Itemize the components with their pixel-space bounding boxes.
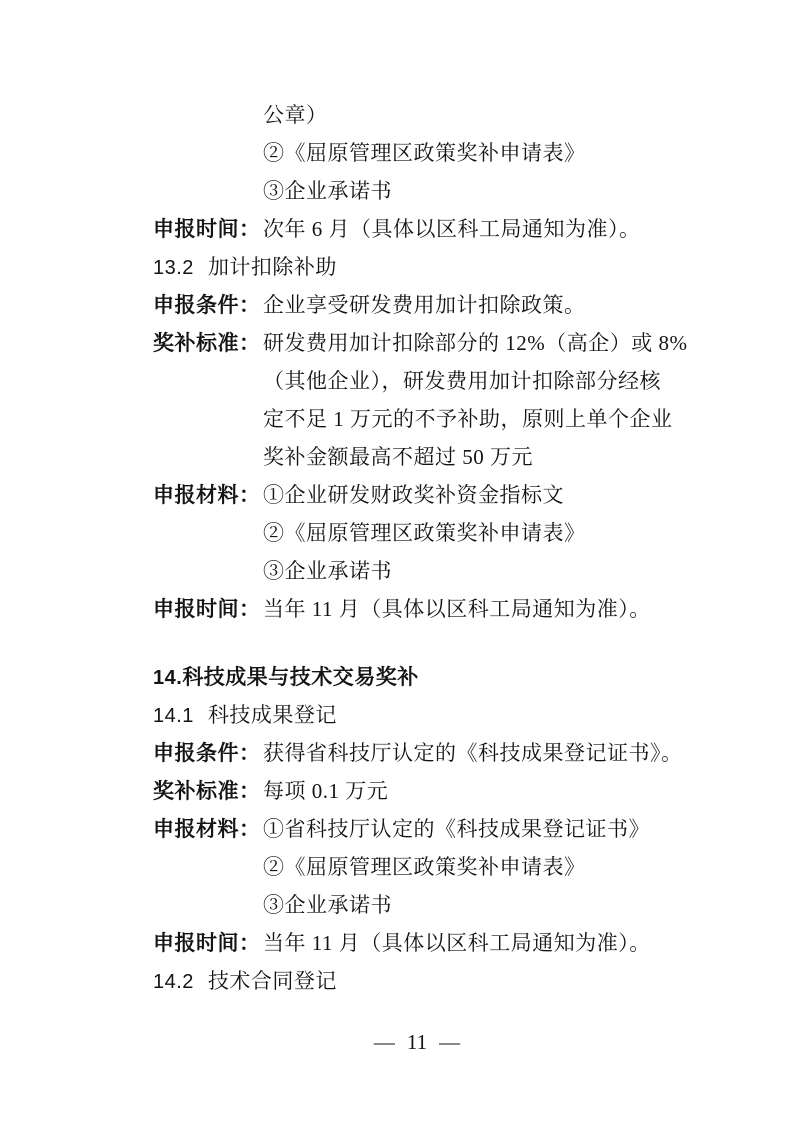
field-content: 研发费用加计扣除部分的 12%（高企）或 8% <box>263 331 688 355</box>
field-content: 次年 6 月（具体以区科工局通知为准）。 <box>263 217 641 241</box>
field-line-apply-time: 申报时间：当年 11 月（具体以区科工局通知为准）。 <box>153 924 763 962</box>
subsection-heading-14-2: 14.2技术合同登记 <box>153 962 763 1000</box>
field-label: 申报时间： <box>153 210 263 248</box>
field-label: 申报条件： <box>153 286 263 324</box>
field-label: 申报时间： <box>153 924 263 962</box>
subsection-title: 加计扣除补助 <box>208 255 337 279</box>
continuation-line: （其他企业），研发费用加计扣除部分经核 <box>153 362 763 400</box>
material-item: ②《屈原管理区政策奖补申请表》 <box>153 134 763 172</box>
section-gap <box>153 628 763 658</box>
field-line-reward-standard: 奖补标准：研发费用加计扣除部分的 12%（高企）或 8% <box>153 324 763 362</box>
continuation-line: 奖补金额最高不超过 50 万元 <box>153 438 763 476</box>
field-line-reward-standard: 奖补标准：每项 0.1 万元 <box>153 772 763 810</box>
field-content: ①企业研发财政奖补资金指标文 <box>263 483 564 507</box>
material-item: ③企业承诺书 <box>153 552 763 590</box>
page-number: 11 <box>407 1030 427 1054</box>
section-heading-14: 14.科技成果与技术交易奖补 <box>153 658 763 696</box>
document-page: 公章） ②《屈原管理区政策奖补申请表》 ③企业承诺书 申报时间：次年 6 月（具… <box>0 0 793 1122</box>
field-content: 企业享受研发费用加计扣除政策。 <box>263 293 586 317</box>
section-number: 14. <box>153 667 182 689</box>
material-item: ②《屈原管理区政策奖补申请表》 <box>153 848 763 886</box>
field-label: 申报时间： <box>153 590 263 628</box>
subsection-title: 科技成果登记 <box>208 703 337 727</box>
field-label: 申报材料： <box>153 476 263 514</box>
material-item: ③企业承诺书 <box>153 886 763 924</box>
field-line-apply-time: 申报时间：当年 11 月（具体以区科工局通知为准）。 <box>153 590 763 628</box>
field-content: ①省科技厅认定的《科技成果登记证书》 <box>263 817 650 841</box>
field-label: 奖补标准： <box>153 324 263 362</box>
field-label: 申报材料： <box>153 810 263 848</box>
material-item: ②《屈原管理区政策奖补申请表》 <box>153 514 763 552</box>
field-label: 申报条件： <box>153 734 263 772</box>
page-footer: —11— <box>153 1023 681 1061</box>
field-label: 奖补标准： <box>153 772 263 810</box>
field-content: 当年 11 月（具体以区科工局通知为准）。 <box>263 597 651 621</box>
material-item: ③企业承诺书 <box>153 172 763 210</box>
subsection-heading-13-2: 13.2加计扣除补助 <box>153 248 763 286</box>
field-line-apply-materials: 申报材料：①省科技厅认定的《科技成果登记证书》 <box>153 810 763 848</box>
footer-dash-right: — <box>439 1030 460 1054</box>
field-line-apply-time: 申报时间：次年 6 月（具体以区科工局通知为准）。 <box>153 210 763 248</box>
field-content: 当年 11 月（具体以区科工局通知为准）。 <box>263 931 651 955</box>
field-content: 获得省科技厅认定的《科技成果登记证书》。 <box>263 741 683 765</box>
section-title: 科技成果与技术交易奖补 <box>182 665 419 689</box>
field-line-apply-materials: 申报材料：①企业研发财政奖补资金指标文 <box>153 476 763 514</box>
footer-dash-left: — <box>374 1030 395 1054</box>
subsection-number: 14.2 <box>153 971 194 993</box>
subsection-title: 技术合同登记 <box>208 969 337 993</box>
continuation-line: 公章） <box>153 96 763 134</box>
subsection-heading-14-1: 14.1科技成果登记 <box>153 696 763 734</box>
subsection-number: 14.1 <box>153 705 194 727</box>
field-line-apply-condition: 申报条件：获得省科技厅认定的《科技成果登记证书》。 <box>153 734 763 772</box>
subsection-number: 13.2 <box>153 257 194 279</box>
field-line-apply-condition: 申报条件：企业享受研发费用加计扣除政策。 <box>153 286 763 324</box>
field-content: 每项 0.1 万元 <box>263 779 388 803</box>
document-body: 公章） ②《屈原管理区政策奖补申请表》 ③企业承诺书 申报时间：次年 6 月（具… <box>153 96 763 1000</box>
continuation-line: 定不足 1 万元的不予补助，原则上单个企业 <box>153 400 763 438</box>
